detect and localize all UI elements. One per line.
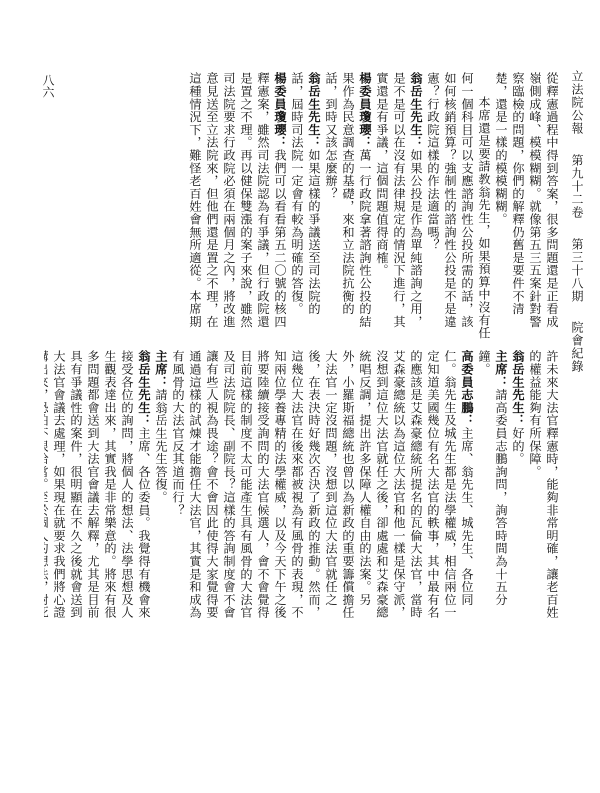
speaker-name: 主席： [154,350,168,388]
speaker-name: 翁岳生先生： [307,72,321,149]
speaker-name: 高委員志鵬： [460,350,474,427]
paragraph-text: 從釋憲過程中得到答案，很多問題還是正看成嶺側成峰、模模糊糊。就像第五三五案針對警… [494,72,559,328]
paragraph: 翁岳生先生：好的。 [509,350,526,620]
paragraph: 翁岳生先生：主席、各位委員。我覺得有機會來接受各位的詢問，將個人的想法、法學思想… [44,350,152,620]
speaker-name: 主席： [494,350,508,388]
paragraph-text: 好的。 [511,427,525,465]
page-header: 立法院公報 第九十二卷 第三十八期 院會紀錄 [569,70,586,387]
speaker-name: 翁岳生先生： [137,350,151,427]
paragraph-text: 請高委員志鵬詢問，詢答時間為十五分鐘。 [477,350,508,606]
paragraph: 楊委員瓊瓔：我們可以看看第五二〇號的核四釋憲案，雖然司法院認為有爭議，但行政院還… [186,72,288,340]
speaker-name: 翁岳生先生： [511,350,525,427]
upper-text-block: 從釋憲過程中得到答案，很多問題還是正看成嶺側成峰、模模糊糊。就像第五三五案針對警… [186,72,560,340]
lower-text-block: 許未來大法官釋憲時，能夠非常明確，讓老百姓的權益能夠有所保障。翁岳生先生：好的。… [44,350,560,620]
paragraph-text: 請翁岳生先生答復。 [154,388,168,503]
paragraph: 翁岳生先生：如果公投是作為單純諮詢之用，是不是可以在沒有法律規定的情況下進行，其… [373,72,424,340]
issue-label: 第三十八期 [570,238,584,303]
paragraph-text: 主席、翁先生、城先生、各位同仁。翁先生及城先生都是法學權威，相信兩位一定知道美國… [171,350,474,619]
paragraph-text: 本席還是要請教翁先生，如果預算中沒有任何一個科目可以支應諮詢性公投所需的話，該如… [426,72,491,340]
speaker-name: 楊委員瓊瓔： [358,72,372,149]
section-label: 院會紀錄 [570,321,584,373]
speaker-name: 翁岳生先生： [409,72,423,149]
paragraph-text: 主席、各位委員。我覺得有機會來接受各位的詢問，將個人的想法、法學思想及人生觀表達… [44,350,151,619]
paragraph: 楊委員瓊瓔：萬一行政院拿著諮詢性公投的結果作為民意調查的基礎，來和立法院抗衡的話… [322,72,373,340]
speaker-name: 楊委員瓊瓔： [273,72,287,149]
paragraph-text: 許未來大法官釋憲時，能夠非常明確，讓老百姓的權益能夠有所保障。 [528,350,559,619]
paragraph: 從釋憲過程中得到答案，很多問題還是正看成嶺側成峰、模模糊糊。就像第五三五案針對警… [492,72,560,340]
lower-text-tier: 許未來大法官釋憲時，能夠非常明確，讓老百姓的權益能夠有所保障。翁岳生先生：好的。… [44,350,560,620]
paragraph: 主席：請翁岳生先生答復。 [152,350,169,620]
paragraph: 本席還是要請教翁先生，如果預算中沒有任何一個科目可以支應諮詢性公投所需的話，該如… [424,72,492,340]
publication-title: 立法院公報 [570,70,584,135]
paragraph: 許未來大法官釋憲時，能夠非常明確，讓老百姓的權益能夠有所保障。 [526,350,560,620]
paragraph: 高委員志鵬：主席、翁先生、城先生、各位同仁。翁先生及城先生都是法學權威，相信兩位… [169,350,475,620]
paragraph: 翁岳生先生：如果這樣的爭議送至司法院的話，屆時司法院一定會有較為明確的答復。 [288,72,322,340]
volume-label: 第九十二卷 [570,154,584,219]
paragraph: 主席：請高委員志鵬詢問，詢答時間為十五分鐘。 [475,350,509,620]
upper-text-tier: 從釋憲過程中得到答案，很多問題還是正看成嶺側成峰、模模糊糊。就像第五三五案針對警… [44,72,560,340]
